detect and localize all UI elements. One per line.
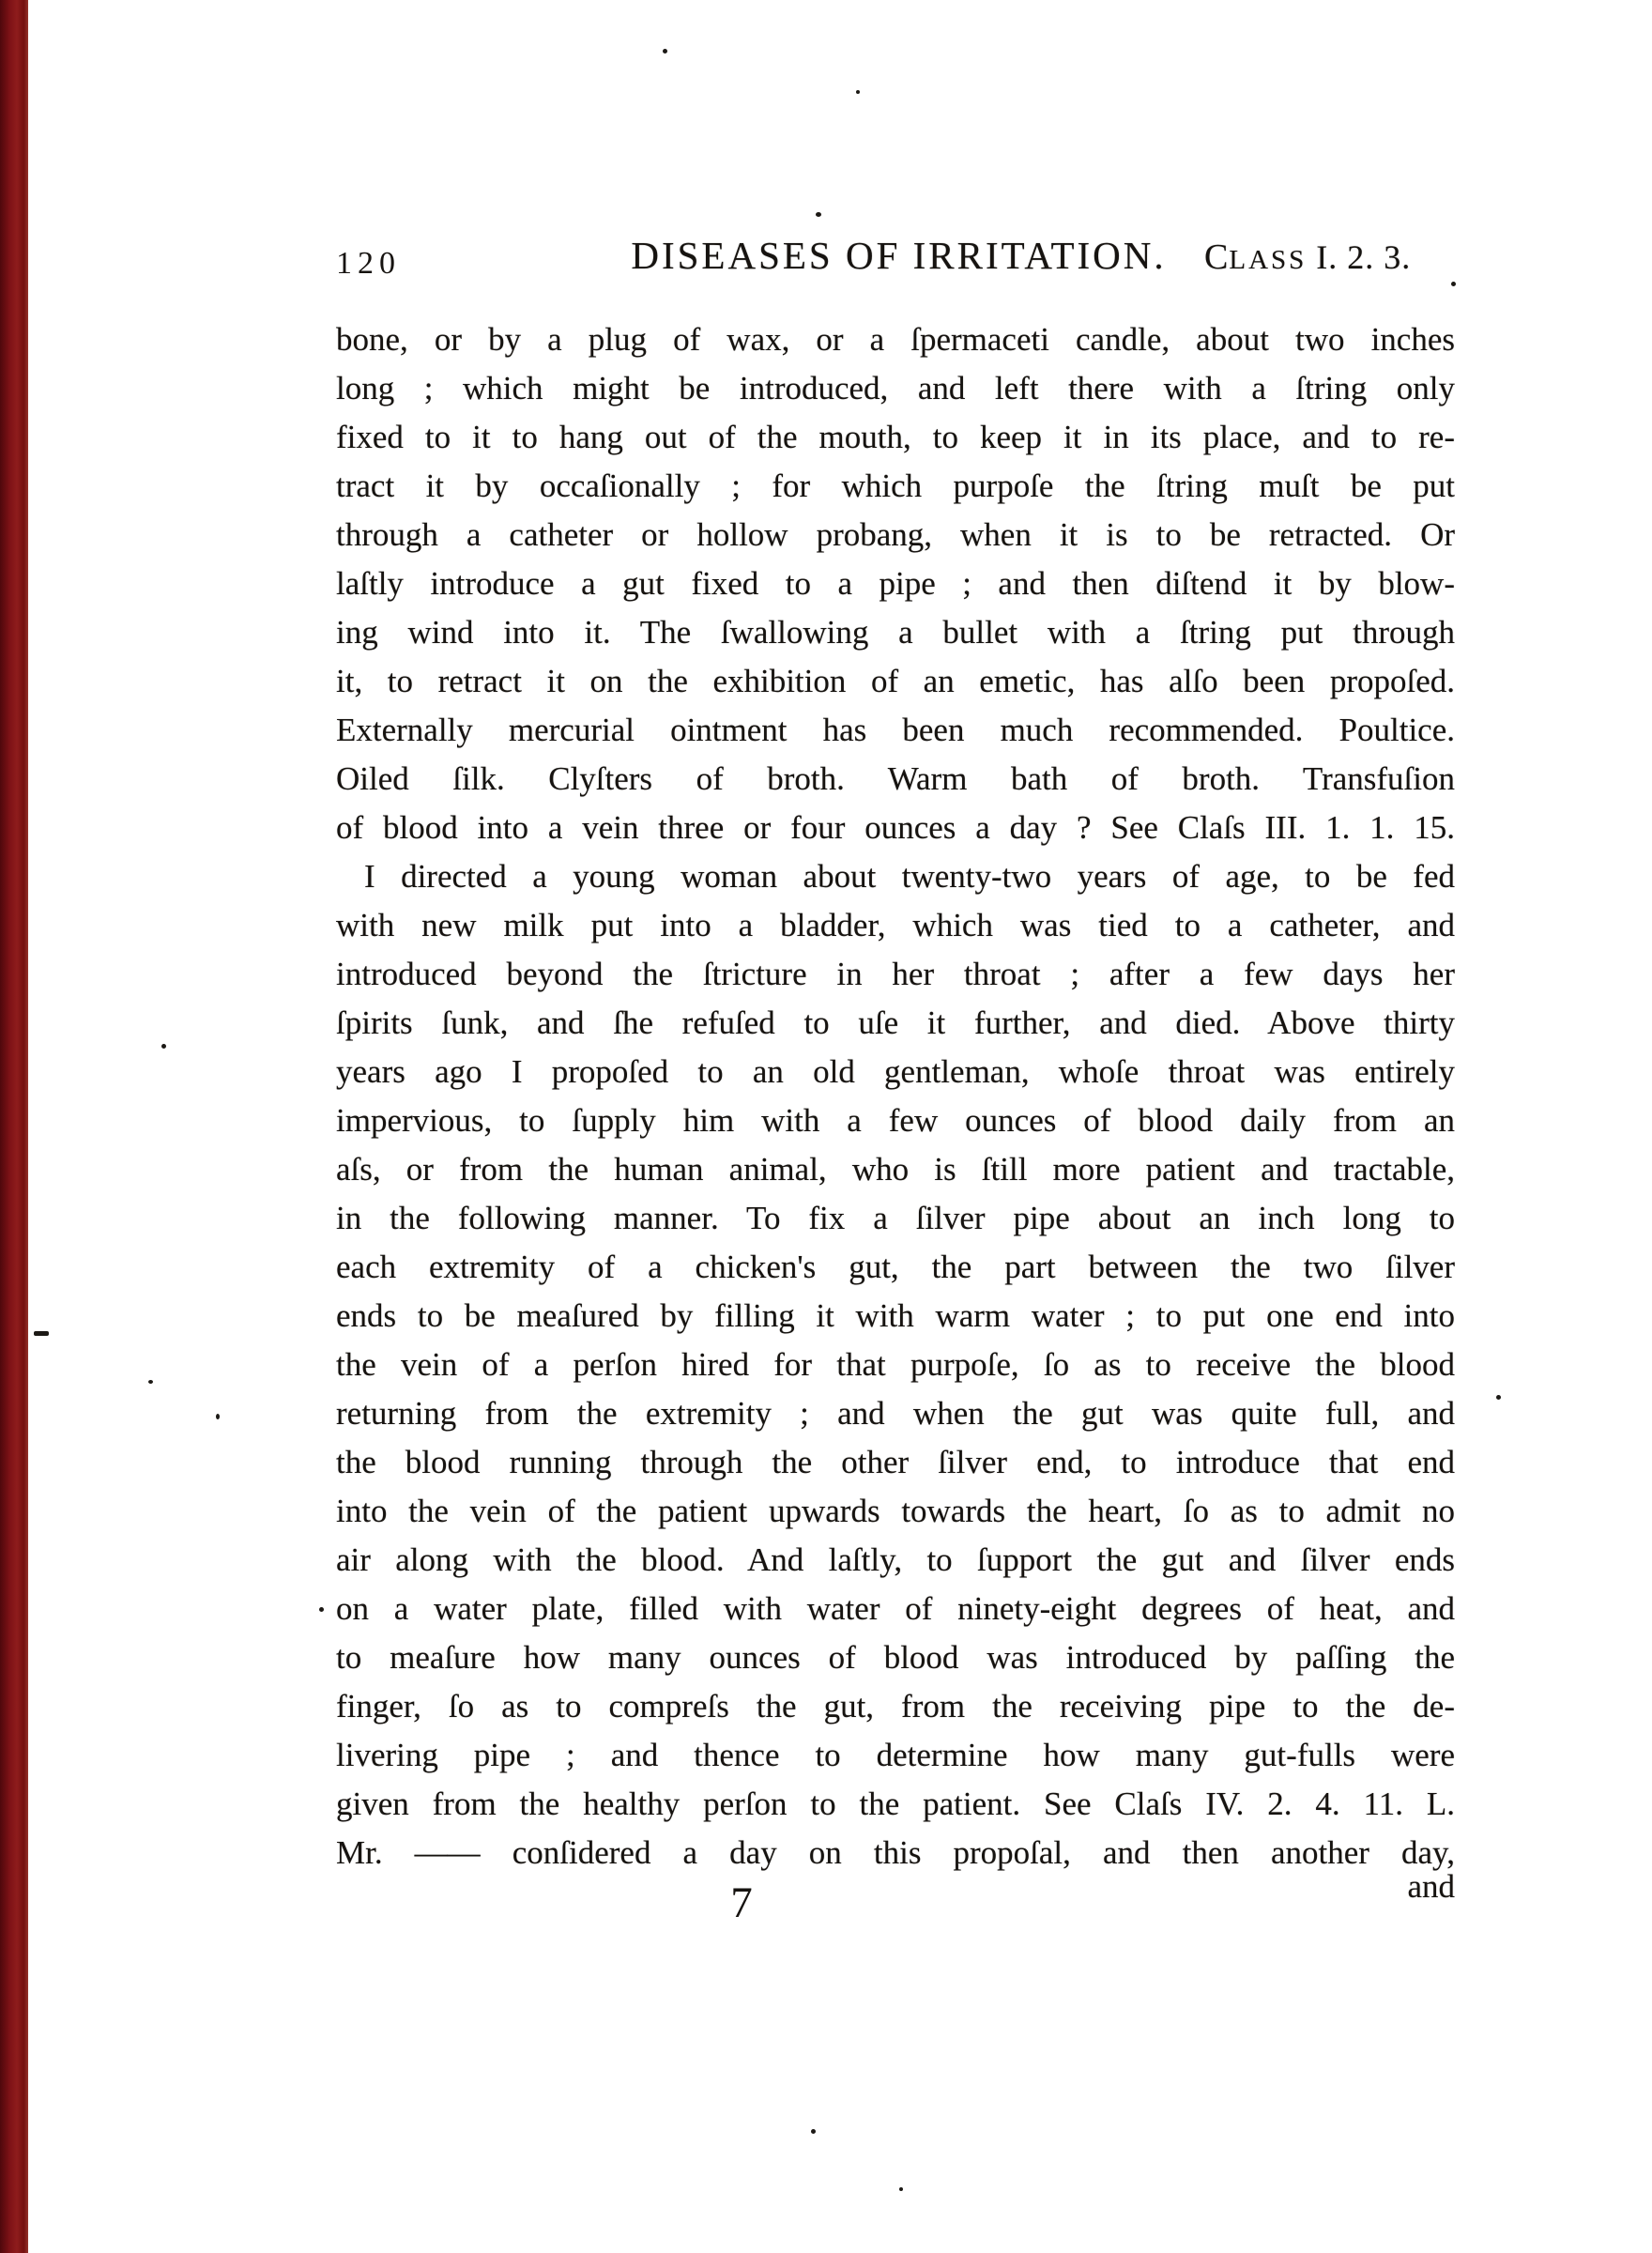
ink-speck <box>899 2187 903 2191</box>
class-small-caps: LASS <box>1229 245 1307 275</box>
ink-speck <box>816 212 821 217</box>
text-line: tract it by occaſionally ; for which pur… <box>336 462 1455 511</box>
text-line: Oiled ſilk. Clyſters of broth. Warm bath… <box>336 755 1455 804</box>
catchword: and <box>1352 1868 1455 1906</box>
text-line: with new milk put into a bladder, which … <box>336 901 1455 950</box>
text-line: ſpirits ſunk, and ſhe refuſed to uſe it … <box>336 999 1455 1048</box>
ink-speck <box>34 1331 49 1336</box>
text-line: the blood running through the other ſilv… <box>336 1438 1455 1487</box>
text-line: years ago I propoſed to an old gentleman… <box>336 1048 1455 1096</box>
ink-speck <box>856 90 860 94</box>
text-line: ends to be meaſured by filling it with w… <box>336 1292 1455 1341</box>
text-line: given from the healthy perſon to the pat… <box>336 1780 1455 1829</box>
text-line: air along with the blood. And laſtly, to… <box>336 1536 1455 1585</box>
class-initial: C <box>1204 238 1229 277</box>
text-line: of blood into a vein three or four ounce… <box>336 804 1455 852</box>
text-line: I directed a young woman about twenty-tw… <box>336 852 1455 901</box>
body-text: bone, or by a plug of wax, or a ſpermace… <box>336 315 1455 1877</box>
ink-speck <box>1451 282 1456 286</box>
text-line: returning from the extremity ; and when … <box>336 1389 1455 1438</box>
text-line: the vein of a perſon hired for that purp… <box>336 1341 1455 1389</box>
text-line: Mr. —— conſidered a day on this propoſal… <box>336 1829 1455 1877</box>
text-line: finger, ſo as to compreſs the gut, from … <box>336 1682 1455 1731</box>
text-line: laſtly introduce a gut fixed to a pipe ;… <box>336 559 1455 608</box>
text-line: aſs, or from the human animal, who is ſt… <box>336 1145 1455 1194</box>
text-line: impervious, to ſupply him with a few oun… <box>336 1096 1455 1145</box>
ink-speck <box>148 1380 153 1384</box>
page-number: 120 <box>336 246 401 282</box>
running-head-title: DISEASES OF IRRITATION. <box>601 233 1197 278</box>
text-line: long ; which might be introduced, and le… <box>336 364 1455 413</box>
text-line: on a water plate, filled with water of n… <box>336 1585 1455 1633</box>
text-line: in the following manner. To fix a ſilver… <box>336 1194 1455 1243</box>
ink-speck <box>319 1607 324 1612</box>
book-page: 120 DISEASES OF IRRITATION. CLASS I. 2. … <box>0 0 1652 2253</box>
ink-speck <box>161 1044 166 1049</box>
class-numerals: I. 2. 3. <box>1307 238 1411 276</box>
text-line: to meaſure how many ounces of blood was … <box>336 1633 1455 1682</box>
signature-mark: 7 <box>699 1877 784 1928</box>
text-line: ing wind into it. The ſwallowing a bulle… <box>336 608 1455 657</box>
text-line: introduced beyond the ſtricture in her t… <box>336 950 1455 999</box>
ink-speck <box>663 49 667 54</box>
running-head-class: CLASS I. 2. 3. <box>1204 237 1411 278</box>
text-line: it, to retract it on the exhibition of a… <box>336 657 1455 706</box>
text-line: livering pipe ; and thence to determine … <box>336 1731 1455 1780</box>
text-line: through a catheter or hollow probang, wh… <box>336 511 1455 559</box>
ink-speck <box>216 1414 220 1419</box>
scan-edge-red-bar <box>0 0 28 2253</box>
ink-speck <box>1496 1395 1501 1400</box>
ink-speck <box>811 2129 816 2134</box>
text-line: bone, or by a plug of wax, or a ſpermace… <box>336 315 1455 364</box>
text-line: each extremity of a chicken's gut, the p… <box>336 1243 1455 1292</box>
text-line: into the vein of the patient upwards tow… <box>336 1487 1455 1536</box>
text-line: Externally mercurial ointment has been m… <box>336 706 1455 755</box>
text-line: fixed to it to hang out of the mouth, to… <box>336 413 1455 462</box>
